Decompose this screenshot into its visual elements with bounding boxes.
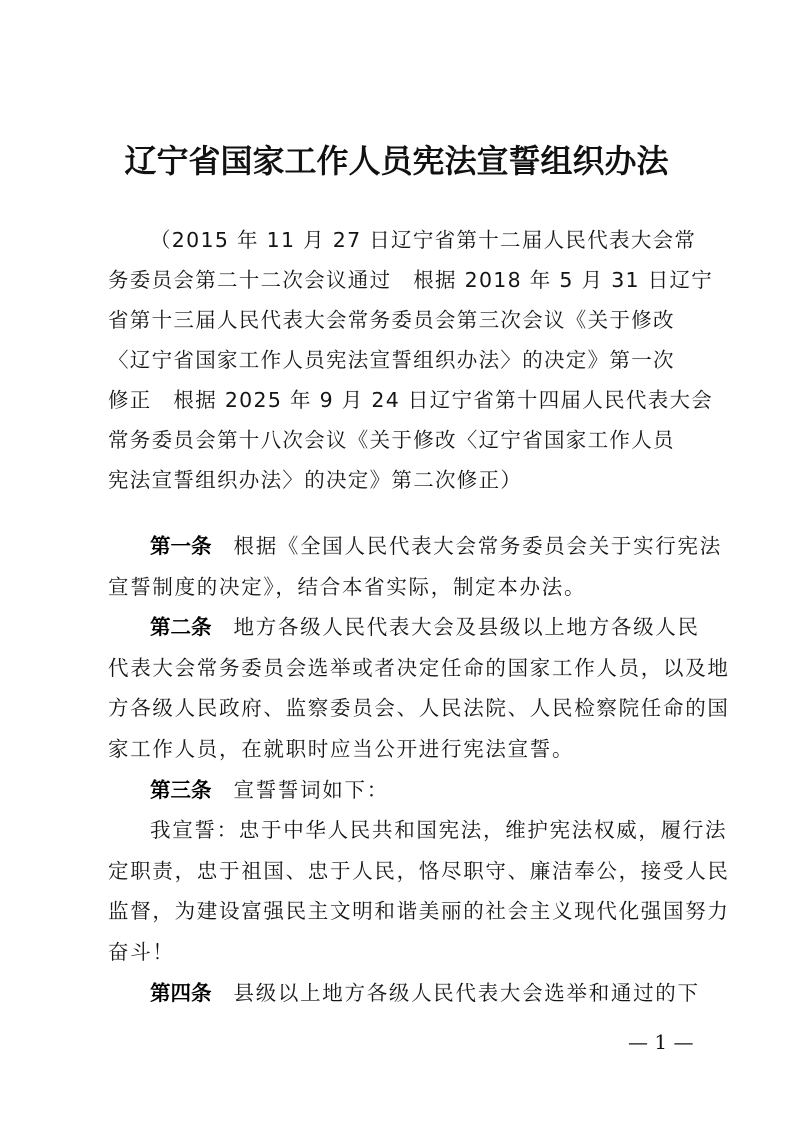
article-4-text: 县级以上地方各级人民代表大会选举和通过的下 — [234, 981, 700, 1005]
article-3-first-line: 第三条宣誓誓词如下： — [108, 770, 688, 811]
article-3-label: 第三条 — [150, 778, 212, 802]
article-1-first-line: 第一条根据《全国人民代表大会常务委员会关于实行宪法 — [108, 526, 688, 567]
preamble-line: （2015 年 11 月 27 日辽宁省第十二届人民代表大会常 — [108, 220, 688, 260]
oath-line: 定职责，忠于祖国、忠于人民，恪尽职守、廉洁奉公，接受人民 — [108, 851, 688, 892]
document-title: 辽宁省国家工作人员宪法宣誓组织办法 — [0, 136, 793, 182]
oath-line: 监督，为建设富强民主文明和谐美丽的社会主义现代化强国努力 — [108, 891, 688, 932]
article-3-text: 宣誓誓词如下： — [234, 778, 389, 802]
preamble-line: 〈辽宁省国家工作人员宪法宣誓组织办法〉的决定》第一次 — [108, 340, 688, 380]
page-number: — 1 — — [628, 1030, 693, 1054]
article-2-label: 第二条 — [150, 615, 212, 639]
preamble-line: 常务委员会第十八次会议《关于修改〈辽宁省国家工作人员 — [108, 420, 688, 460]
preamble-line: 宪法宣誓组织办法〉的决定》第二次修正） — [108, 460, 688, 500]
articles: 第一条根据《全国人民代表大会常务委员会关于实行宪法 宣誓制度的决定》，结合本省实… — [108, 526, 688, 1013]
preamble-line: 省第十三届人民代表大会常务委员会第三次会议《关于修改 — [108, 300, 688, 340]
article-2-first-line: 第二条地方各级人民代表大会及县级以上地方各级人民 — [108, 607, 688, 648]
article-1-line: 宣誓制度的决定》，结合本省实际，制定本办法。 — [108, 567, 688, 608]
article-2-line: 家工作人员，在就职时应当公开进行宪法宣誓。 — [108, 729, 688, 770]
article-2-text: 地方各级人民代表大会及县级以上地方各级人民 — [234, 615, 700, 639]
article-4-label: 第四条 — [150, 981, 212, 1005]
article-1-text: 根据《全国人民代表大会常务委员会关于实行宪法 — [234, 534, 722, 558]
article-1-label: 第一条 — [150, 534, 212, 558]
preamble-line: 务委员会第二十二次会议通过 根据 2018 年 5 月 31 日辽宁 — [108, 260, 688, 300]
article-4-first-line: 第四条县级以上地方各级人民代表大会选举和通过的下 — [108, 973, 688, 1014]
document-page: 辽宁省国家工作人员宪法宣誓组织办法 （2015 年 11 月 27 日辽宁省第十… — [0, 0, 793, 1122]
article-2-line: 方各级人民政府、监察委员会、人民法院、人民检察院任命的国 — [108, 688, 688, 729]
oath-line: 奋斗！ — [108, 932, 688, 973]
oath-line: 我宣誓：忠于中华人民共和国宪法，维护宪法权威，履行法 — [108, 810, 688, 851]
article-2-line: 代表大会常务委员会选举或者决定任命的国家工作人员，以及地 — [108, 648, 688, 689]
preamble: （2015 年 11 月 27 日辽宁省第十二届人民代表大会常 务委员会第二十二… — [108, 220, 688, 500]
preamble-line: 修正 根据 2025 年 9 月 24 日辽宁省第十四届人民代表大会 — [108, 380, 688, 420]
